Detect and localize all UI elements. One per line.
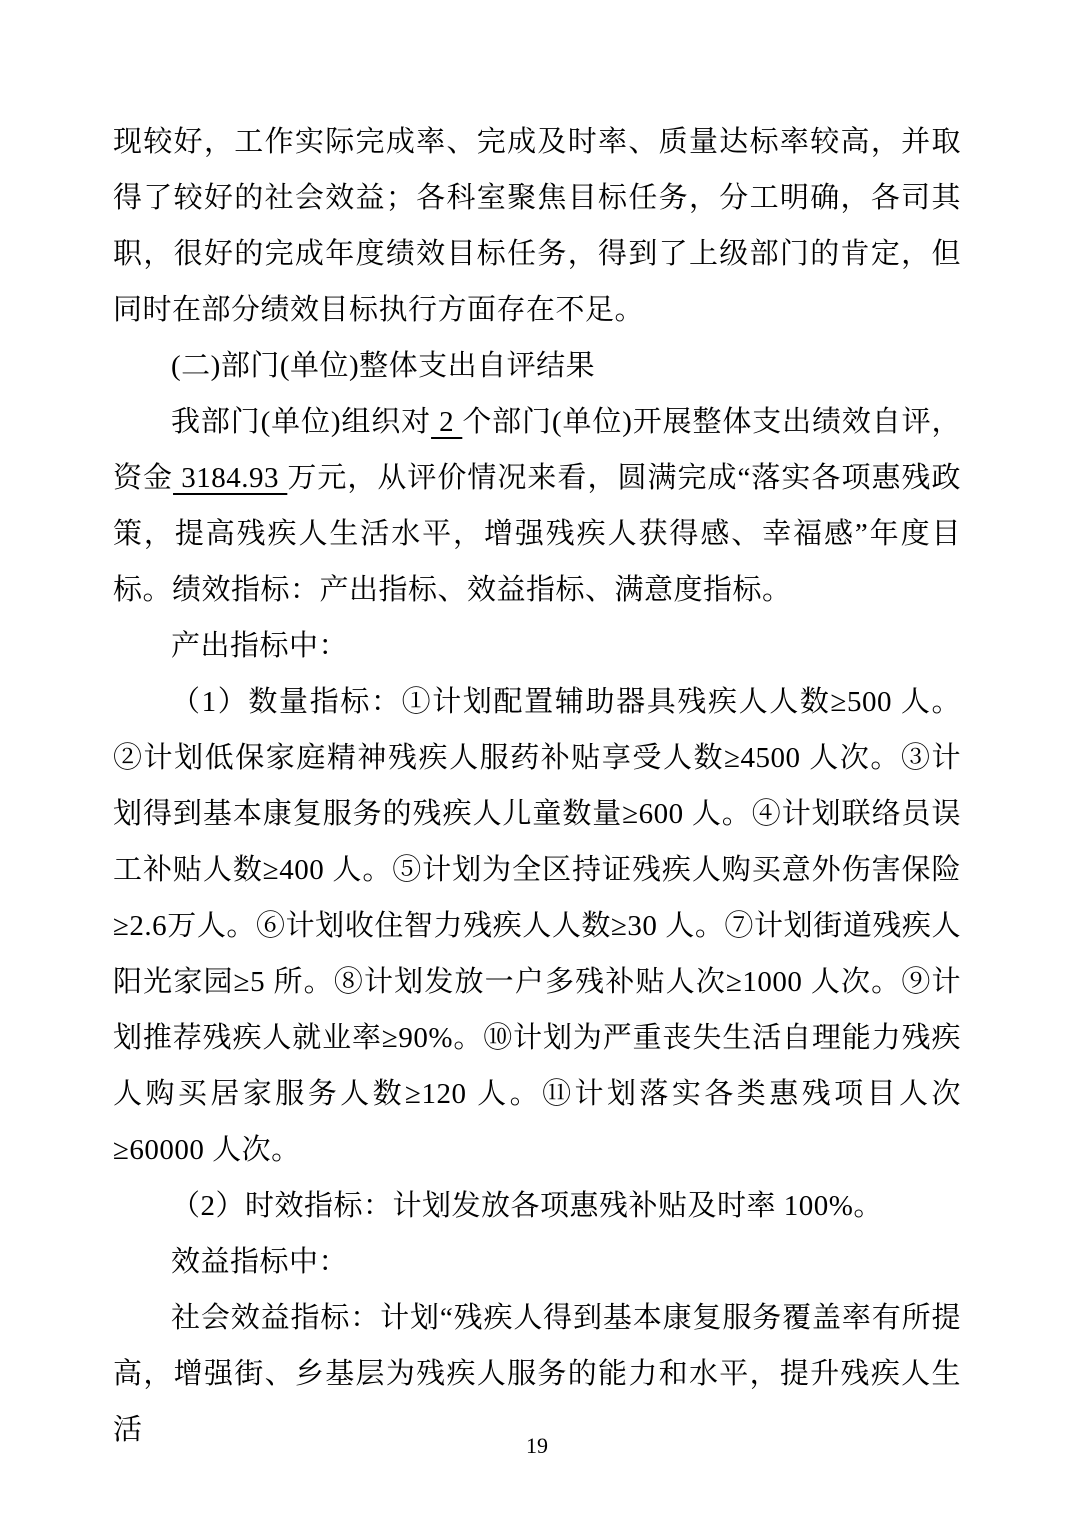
document-page: 现较好，工作实际完成率、完成及时率、质量达标率较高，并取得了较好的社会效益；各科… <box>0 0 1074 1520</box>
text-run: 效益指标中： <box>171 1246 348 1278</box>
paragraph: (二)部门(单位)整体支出自评结果 <box>113 338 961 394</box>
paragraph: （1）数量指标：①计划配置辅助器具残疾人人数≥500 人。②计划低保家庭精神残疾… <box>113 674 961 1178</box>
paragraph: 产出指标中： <box>113 618 961 674</box>
page-number: 19 <box>0 1433 1074 1459</box>
text-run: (二)部门(单位)整体支出自评结果 <box>171 350 595 382</box>
text-run: 产出指标中： <box>171 630 348 662</box>
text-run: （1）数量指标：①计划配置辅助器具残疾人人数≥500 人。②计划低保家庭精神残疾… <box>113 686 961 1166</box>
paragraph: 效益指标中： <box>113 1234 961 1290</box>
paragraph: 现较好，工作实际完成率、完成及时率、质量达标率较高，并取得了较好的社会效益；各科… <box>113 114 961 338</box>
text-run: （2）时效指标：计划发放各项惠残补贴及时率 100%。 <box>171 1190 883 1222</box>
text-run: 我部门(单位)组织对 <box>171 406 431 438</box>
underlined-text-run: 3184.93 <box>173 462 287 494</box>
text-run: 社会效益指标：计划“残疾人得到基本康复服务覆盖率有所提高，增强街、乡基层为残疾人… <box>113 1302 961 1446</box>
paragraph: 我部门(单位)组织对 2 个部门(单位)开展整体支出绩效自评，资金 3184.9… <box>113 394 961 618</box>
paragraph: （2）时效指标：计划发放各项惠残补贴及时率 100%。 <box>113 1178 961 1234</box>
underlined-text-run: 2 <box>431 406 462 438</box>
text-run: 现较好，工作实际完成率、完成及时率、质量达标率较高，并取得了较好的社会效益；各科… <box>113 126 961 326</box>
document-body: 现较好，工作实际完成率、完成及时率、质量达标率较高，并取得了较好的社会效益；各科… <box>113 114 961 1458</box>
